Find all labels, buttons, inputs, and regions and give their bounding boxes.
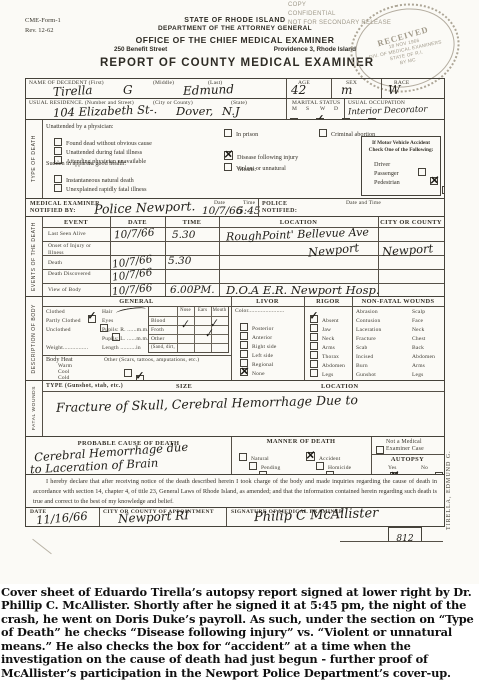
fatal-wounds-section: FATAL WOUNDS TYPE (Gunshot, stab, etc.) … — [26, 381, 444, 437]
unclothed-label: Unclothed — [46, 327, 71, 333]
autopsy-yes-label: Yes — [388, 465, 397, 471]
police-datetime-label: Date and Time — [346, 200, 381, 206]
form-number: CME-Form-1 Rev. 12-62 — [25, 16, 61, 36]
declaration-section: I hereby declare that after receiving no… — [26, 475, 444, 508]
fatal-wounds-vertical-label: FATAL WOUNDS — [26, 381, 43, 436]
row-blood-label: Blood — [151, 318, 165, 324]
events-header-city: CITY OR COUNTY — [378, 219, 444, 226]
medical-examiner-signature: Philip C McAllister — [254, 508, 379, 525]
motor-vehicle-box: If Motor Vehicle Accident Check One of t… — [361, 136, 441, 196]
wound-incised-label: Incised — [356, 354, 373, 360]
checkbox-not-me-case — [376, 446, 384, 454]
case-number-value: 812 — [396, 534, 413, 544]
orifice-table: Nose Ears Mouth Blood Froth Other (Sand,… — [148, 306, 229, 353]
police-notified-label2: NOTIFIED: — [262, 208, 297, 214]
checkbox-mva-driver — [418, 168, 426, 176]
events-header-time: TIME — [165, 219, 219, 226]
hair-label: Hair — [102, 309, 113, 315]
partly-clothed-label: Partly Clothed — [46, 318, 81, 324]
unexplained-illness-label: Unexplained rapidly fatal illness — [66, 186, 147, 193]
length-label: Length ..........in — [102, 345, 141, 351]
decedent-middle-initial: G — [123, 83, 133, 97]
body-heat-label: Body Heat — [46, 356, 73, 363]
margin-filing-note: TIRELLA, EDMUND G. — [446, 420, 452, 530]
fatal-wounds-entry: Fracture of Skull, Cerebral Hemorrhage D… — [56, 392, 358, 415]
decedent-age: 42 — [291, 83, 306, 97]
checkbox-in-prison — [224, 129, 232, 137]
letterhead-state: STATE OF RHODE ISLAND — [100, 17, 370, 24]
form-number-line: CME-Form-1 — [25, 16, 61, 26]
unattended-heading: Unattended by a physician: — [46, 123, 114, 130]
not-me-case-line1: Not a Medical — [386, 439, 422, 445]
marital-w: W — [320, 106, 325, 112]
fatal-size-label: SIZE — [176, 383, 192, 390]
checkbox-rigor-legs — [310, 369, 318, 377]
event-onset: Onset of Injury or Illness — [48, 243, 106, 256]
letterhead-dept: DEPARTMENT OF THE ATTORNEY GENERAL — [100, 25, 370, 32]
letterhead: STATE OF RHODE ISLAND DEPARTMENT OF THE … — [100, 17, 370, 69]
wound-fracture-label: Fracture — [356, 336, 376, 342]
col-mouth: Mouth — [211, 308, 228, 313]
checkbox-accident — [306, 452, 315, 461]
middle-label: (Middle) — [153, 80, 174, 86]
decedent-race: W — [388, 83, 400, 97]
type-of-death-section: TYPE OF DEATH Unattended by a physician:… — [26, 120, 444, 199]
notified-row: MEDICAL EXAMINER NOTIFIED BY: Police New… — [26, 199, 444, 217]
view-of-body-date: 10/7/66 — [111, 282, 153, 297]
event-view-of-body: View of Body — [48, 287, 81, 293]
livor-heading: LIVOR — [231, 298, 304, 305]
events-section: EVENTS OF THE DEATH EVENT DATE TIME LOCA… — [26, 217, 444, 297]
onset-city: Newport — [382, 241, 434, 259]
fatal-type-label: TYPE (Gunshot, stab, etc.) — [46, 383, 123, 389]
letterhead-city: Providence 3, Rhode Island — [274, 46, 356, 53]
weight-label: Weight................ — [46, 345, 88, 351]
mva-heading1: If Motor Vehicle Accident — [362, 140, 440, 146]
site-abdomen-label: Abdomen — [412, 354, 435, 360]
checkbox-livor-none — [240, 368, 248, 376]
site-back-label: Back — [412, 345, 424, 351]
residence-city: Dover, — [176, 104, 213, 118]
decedent-sex: m — [341, 83, 352, 97]
checkbox-mva-pedestrian — [442, 186, 444, 194]
general-heading: GENERAL — [42, 298, 231, 305]
row-froth-label: Froth — [151, 327, 164, 333]
event-death-discovered: Death Discovered — [48, 271, 98, 278]
residence-state: N.J — [222, 104, 240, 118]
wound-laceration-label: Laceration — [356, 327, 382, 333]
events-header-event: EVENT — [42, 219, 110, 226]
checkbox-criminal-abortion — [319, 129, 327, 137]
wounds-heading: NON-FATAL WOUNDS — [352, 298, 444, 305]
checkbox-homicide — [316, 462, 324, 470]
checkbox-violent-unnatural — [224, 163, 232, 171]
not-me-case-line2: Examiner Case — [386, 446, 424, 452]
event-last-seen-alive: Last Seen Alive — [48, 231, 86, 237]
col-ears: Ears — [194, 308, 211, 313]
check-blood-nose — [180, 323, 188, 331]
death-time: 5.30 — [168, 255, 191, 267]
letterhead-street: 250 Benefit Street — [114, 46, 167, 53]
caption: Cover sheet of Eduardo Tirella’s autopsy… — [1, 586, 478, 680]
decedent-last-name: Edmund — [183, 82, 234, 98]
autopsy-heading: AUTOPSY — [371, 456, 444, 463]
page: CME-Form-1 Rev. 12-62 COPY CONFIDENTIAL … — [0, 0, 479, 685]
event-death: Death — [48, 260, 62, 266]
signature-row: DATE CITY OR COUNTY OF APPOINTMENT SIGNA… — [26, 508, 444, 526]
mva-driver-label: Driver — [374, 161, 390, 168]
residence-row: USUAL RESIDENCE. (Number and Street) (Ci… — [26, 99, 444, 120]
clothed-label: Clothed — [46, 309, 65, 315]
events-header-date: DATE — [110, 219, 165, 226]
sig-city-value: Newport RI — [118, 508, 190, 526]
checkbox-clothed — [88, 315, 96, 323]
autopsy-report-scan: CME-Form-1 Rev. 12-62 COPY CONFIDENTIAL … — [0, 0, 479, 584]
sudden-heading: Sudden in apparent good health: — [46, 160, 126, 167]
me-notified-label1: MEDICAL EXAMINER — [30, 201, 100, 207]
wound-contusion-label: Contusion — [356, 318, 380, 324]
checkbox-unexplained-illness — [54, 184, 62, 192]
rigor-heading: RIGOR — [304, 298, 352, 305]
me-notified-label2: NOTIFIED BY: — [30, 208, 76, 214]
last-seen-date: 10/7/66 — [114, 227, 155, 242]
site-chest-label: Chest — [412, 336, 426, 342]
rigor-legs-label: Legs — [322, 372, 334, 378]
row-other-label: Other — [151, 336, 165, 342]
manner-of-death-heading: MANNER OF DEATH — [231, 438, 371, 445]
wound-gunshot-label: Gunshot — [356, 372, 376, 378]
letterhead-office: OFFICE OF THE CHIEF MEDICAL EXAMINER — [100, 35, 370, 45]
site-neck-label: Neck — [412, 327, 424, 333]
police-notified-label1: POLICE — [262, 201, 287, 207]
form-revision: Rev. 12-62 — [25, 26, 61, 36]
report-form: NAME OF DECEDENT (First) (Middle) (Last)… — [25, 78, 445, 527]
hair-handwriting-scribble — [116, 306, 147, 316]
decedent-first-name: Tirella — [53, 83, 93, 99]
eyes-label: Eyes — [102, 318, 114, 324]
site-arms-label: Arms — [412, 363, 425, 369]
view-of-body-time: 6.00PM. — [170, 284, 215, 296]
scan-scratch-mark — [32, 539, 52, 555]
occupation-value: Interior Decorator — [348, 105, 428, 118]
fatal-location-label: LOCATION — [321, 383, 359, 390]
livor-none-label: None — [252, 371, 265, 377]
mva-passenger-label: Passenger — [374, 170, 399, 177]
events-vertical-label: EVENTS OF THE DEATH — [26, 217, 43, 296]
type-of-death-vertical-label: TYPE OF DEATH — [26, 120, 43, 198]
pupils-r-label: Pupils: R. ......m.m. — [102, 327, 149, 333]
declaration-text: I hereby declare that after receiving no… — [26, 475, 444, 506]
cause-of-death-section: PROBABLE CAUSE OF DEATH Cerebral Hemorrh… — [26, 437, 444, 475]
marital-s: S — [306, 106, 309, 112]
wound-abrasion-label: Abrasion — [356, 309, 378, 315]
view-of-body-location: D.O.A E.R. Newport Hosp. — [226, 283, 380, 297]
marital-m: M — [292, 106, 297, 112]
residence-street: 104 Elizabeth St-. — [53, 102, 158, 120]
col-nose: Nose — [177, 308, 194, 313]
report-title: REPORT OF COUNTY MEDICAL EXAMINER — [100, 57, 370, 69]
checkbox-natural — [239, 453, 247, 461]
autopsy-no-label: No — [421, 465, 428, 471]
site-scalp-label: Scalp — [412, 309, 425, 315]
last-seen-time: 5.30 — [172, 229, 195, 241]
checkbox-mva-passenger — [430, 177, 438, 185]
pupils-l-label: Pupils: L. ......m.m. — [102, 336, 149, 342]
onset-location: Newport — [307, 240, 359, 259]
wound-burn-label: Burn — [356, 363, 368, 369]
livor-color-label: Color....................... — [235, 308, 284, 314]
check-froth-nose — [204, 332, 212, 340]
site-legs-label: Legs — [412, 372, 424, 378]
events-header-location: LOCATION — [219, 219, 378, 226]
description-of-body-section: DESCRIPTION OF BODY GENERAL LIVOR RIGOR … — [26, 297, 444, 381]
mva-heading2: Check One of the Following: — [362, 147, 440, 153]
means-label: Means: — [238, 166, 256, 173]
site-face-label: Face — [412, 318, 423, 324]
marital-d: D — [334, 106, 338, 112]
row-sand-label: (Sand, dirt, — [151, 345, 175, 350]
mva-pedestrian-label: Pedestrian — [374, 179, 400, 186]
description-vertical-label: DESCRIPTION OF BODY — [26, 297, 43, 380]
checkbox-warm — [124, 369, 132, 377]
in-prison-label: In prison — [236, 131, 258, 138]
name-row: NAME OF DECEDENT (First) (Middle) (Last)… — [26, 79, 444, 99]
other-scars-label: Other (Scars, tattoos, amputations, etc.… — [104, 357, 199, 363]
case-number-box: 812 — [388, 527, 422, 542]
wound-scab-label: Scab — [356, 345, 368, 351]
checkbox-pending — [249, 462, 257, 470]
notified-by-value: Police Newport. — [94, 199, 196, 217]
